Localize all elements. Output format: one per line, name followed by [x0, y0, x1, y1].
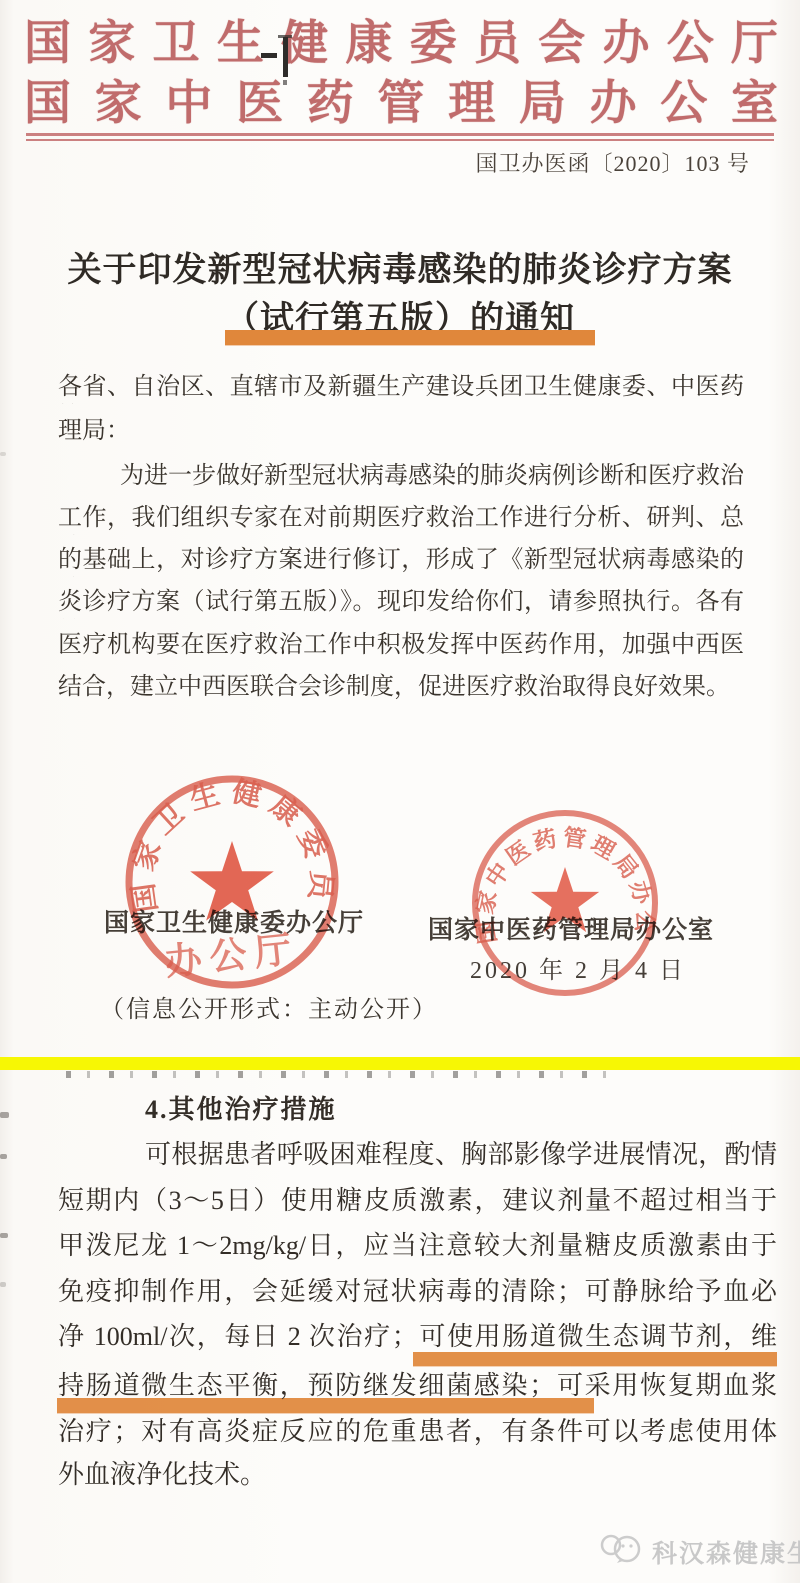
- seal-star-icon: [190, 841, 274, 921]
- scan-artifact: [0, 1233, 8, 1238]
- recipients-line-2: 理局：: [58, 416, 130, 446]
- body-line: 工作，我们组织专家在对前期医疗救治工作进行分析、研判、总结: [58, 503, 744, 535]
- letterhead-divider: [26, 133, 774, 141]
- treatment-line: 免疫抑制作用，会延缓对冠状病毒的清除；可静脉给予血必: [58, 1277, 777, 1311]
- chat-bubbles-icon: [596, 1532, 648, 1564]
- letterhead-line-2: 国家中医药管理局办公室: [24, 78, 778, 130]
- scan-artifact: [0, 1112, 9, 1118]
- notice-title-line-1: 关于印发新型冠状病毒感染的肺炎诊疗方案: [0, 242, 800, 291]
- scan-artifact: [0, 1282, 6, 1287]
- scan-artifact: [0, 452, 6, 456]
- treatment-line: 净 100ml/次，每日 2 次治疗；可使用肠道微生态调节剂，维: [58, 1322, 777, 1356]
- body-line: 的基础上，对诊疗方案进行修订，形成了《新型冠状病毒感染的肺: [58, 545, 744, 577]
- section-heading: 4.其他治疗措施: [145, 1095, 337, 1125]
- treatment-line: 短期内（3～5日）使用糖皮质激素，建议剂量不超过相当于: [58, 1186, 777, 1220]
- scan-artifact: [0, 1154, 7, 1159]
- body-line: 医疗机构要在医疗救治工作中积极发挥中医药作用，加强中西医: [58, 630, 744, 662]
- scanned-official-notice: 国家卫生健康委员会办公厅 国家中医药管理局办公室 国卫办医函〔2020〕103 …: [0, 0, 800, 1583]
- treatment-line: 甲泼尼龙 1～2mg/kg/日，应当注意较大剂量糖皮质激素由于: [58, 1231, 777, 1265]
- treatment-line: 外血液净化技术。: [58, 1460, 266, 1490]
- body-line: 炎诊疗方案（试行第五版）》。现印发给你们，请参照执行。各有关: [58, 587, 744, 619]
- body-line: 为进一步做好新型冠状病毒感染的肺炎病例诊断和医疗救治: [120, 461, 744, 493]
- treatment-line: 治疗；对有高炎症反应的危重患者，有条件可以考虑使用体: [58, 1417, 777, 1451]
- seal-star-icon: [531, 867, 599, 932]
- watermark-label: 科汉森健康生活: [652, 1534, 800, 1570]
- treatment-line: 持肠道微生态平衡，预防继发细菌感染；可采用恢复期血浆: [58, 1371, 777, 1405]
- tcm-administration-seal: 国家中医药管理局办公室: [468, 806, 663, 1001]
- treatment-line: 可根据患者呼吸困难程度、胸部影像学进展情况，酌情: [145, 1140, 777, 1174]
- cropped-text-fragments: [66, 1071, 616, 1078]
- highlighter-divider-line: [0, 1057, 800, 1070]
- document-number: 国卫办医函〔2020〕103 号: [475, 147, 750, 178]
- health-commission-seal: 国家卫生健康委员会 办公厅: [117, 770, 347, 1000]
- recipients-line-1: 各省、自治区、直辖市及新疆生产建设兵团卫生健康委、中医药管: [58, 372, 744, 404]
- title-highlight-bar: [225, 330, 595, 345]
- letterhead-line-1: 国家卫生健康委员会办公厅: [24, 18, 778, 70]
- body-line: 结合，建立中西医联合会诊制度，促进医疗救治取得良好效果。: [58, 672, 730, 702]
